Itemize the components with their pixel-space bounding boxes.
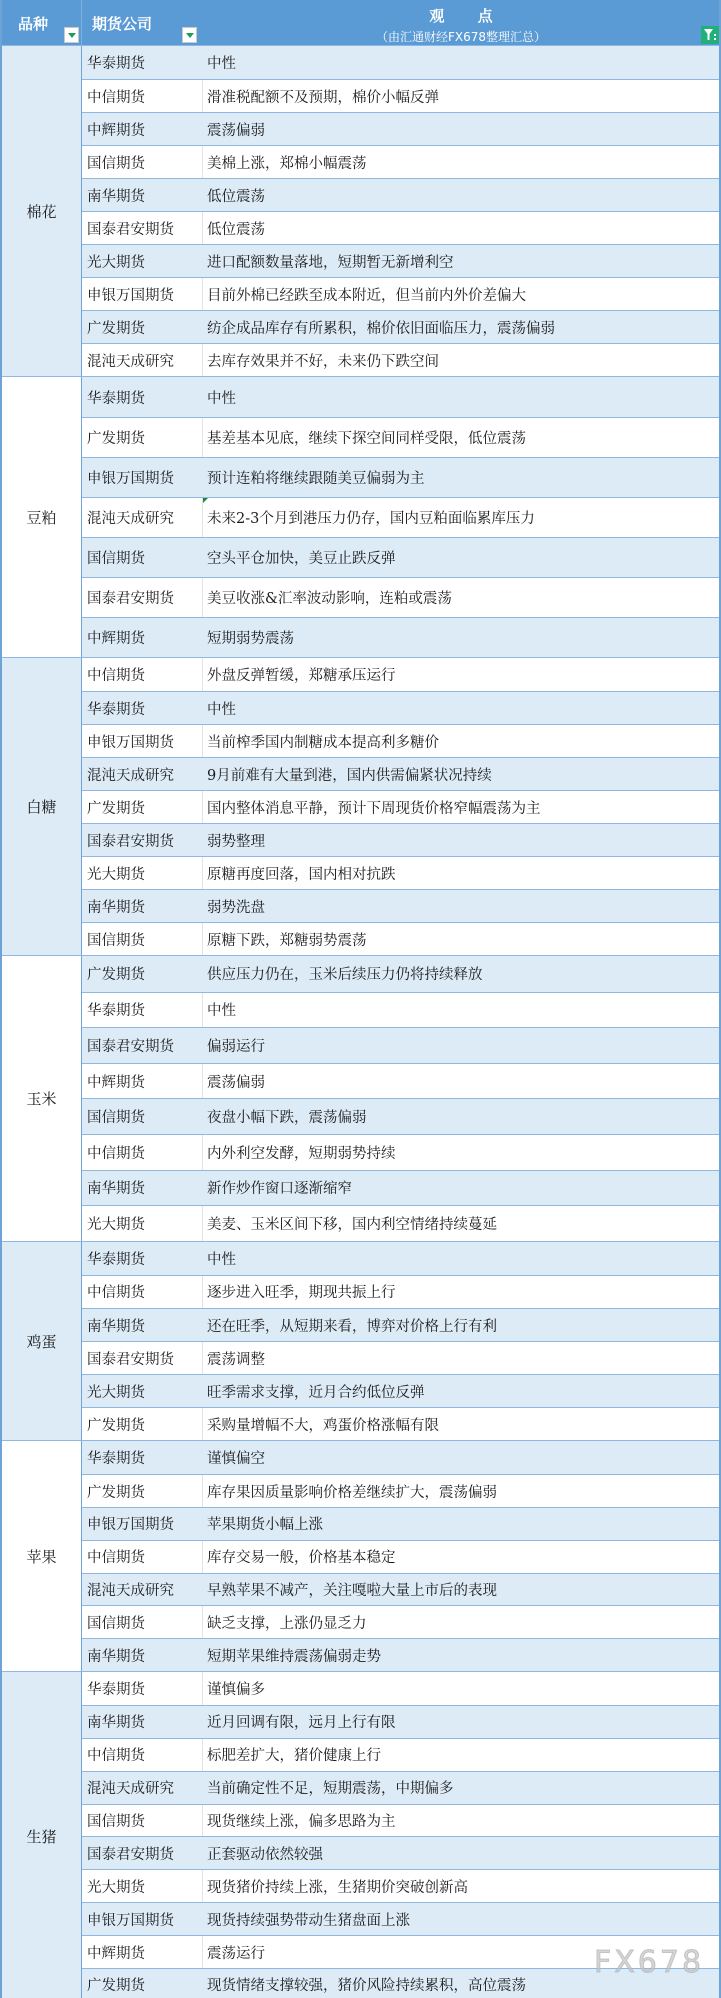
company-cell[interactable]: 国信期货 xyxy=(82,146,203,178)
category-rows: 华泰期货谨慎偏多南华期货近月回调有限，远月上行有限中信期货标肥差扩大，猪价健康上… xyxy=(82,1672,719,1998)
category-rows: 华泰期货谨慎偏空广发期货库存果因质量影响价格差继续扩大，震荡偏弱申银万国期货苹果… xyxy=(82,1441,719,1671)
table-row: 混沌天成研究去库存效果并不好，未来仍下跌空间 xyxy=(82,343,719,376)
view-cell[interactable]: 还在旺季，从短期来看，博弈对价格上行有利 xyxy=(203,1309,719,1341)
company-cell[interactable]: 国信期货 xyxy=(82,923,203,955)
view-text: 逐步进入旺季，期现共振上行 xyxy=(207,1281,396,1302)
table-row: 华泰期货中性 xyxy=(82,691,719,724)
table-row: 申银万国期货现货持续强势带动生猪盘面上涨 xyxy=(82,1902,719,1935)
company-cell[interactable]: 混沌天成研究 xyxy=(82,1574,203,1606)
company-cell[interactable]: 中信期货 xyxy=(82,80,203,112)
view-cell[interactable]: 弱势整理 xyxy=(203,824,719,856)
table-row: 国信期货原糖下跌，郑糖弱势震荡 xyxy=(82,922,719,955)
table-row: 广发期货现货情绪支撑较强，猪价风险持续累积，高位震荡 xyxy=(82,1968,719,1998)
view-cell[interactable]: 纺企成品库存有所累积，棉价依旧面临压力，震荡偏弱 xyxy=(203,311,719,343)
company-cell[interactable]: 国泰君安期货 xyxy=(82,1028,203,1063)
category-rows: 广发期货供应压力仍在，玉米后续压力仍将持续释放华泰期货中性国泰君安期货偏弱运行中… xyxy=(82,956,719,1241)
view-text: 低位震荡 xyxy=(207,218,265,239)
view-cell[interactable]: 去库存效果并不好，未来仍下跌空间 xyxy=(203,344,719,376)
view-cell[interactable]: 当前确定性不足，短期震荡，中期偏多 xyxy=(203,1772,719,1804)
table-row: 中辉期货震荡偏弱 xyxy=(82,112,719,145)
company-cell[interactable]: 国信期货 xyxy=(82,1805,203,1837)
table-row: 南华期货近月回调有限，远月上行有限 xyxy=(82,1705,719,1738)
view-cell[interactable]: 内外利空发酵，短期弱势持续 xyxy=(203,1135,719,1170)
view-text: 美麦、玉米区间下移，国内利空情绪持续蔓延 xyxy=(207,1213,497,1234)
category-cell[interactable]: 棉花 xyxy=(2,46,82,376)
company-cell[interactable]: 中信期货 xyxy=(82,1541,203,1573)
view-text: 中性 xyxy=(207,1248,236,1269)
view-cell[interactable]: 美豆收涨&汇率波动影响，连粕或震荡 xyxy=(203,578,719,617)
header-company-label: 期货公司 xyxy=(92,13,152,34)
table-row: 南华期货还在旺季，从短期来看，博弈对价格上行有利 xyxy=(82,1308,719,1341)
view-text: 震荡偏弱 xyxy=(207,119,265,140)
view-text: 内外利空发酵，短期弱势持续 xyxy=(207,1142,396,1163)
company-cell[interactable]: 光大期货 xyxy=(82,1375,203,1407)
view-cell[interactable]: 当前榨季国内制糖成本提高利多糖价 xyxy=(203,725,719,757)
company-cell[interactable]: 光大期货 xyxy=(82,1206,203,1241)
table-row: 申银万国期货目前外棉已经跌至成本附近，但当前内外价差偏大 xyxy=(82,277,719,310)
view-cell[interactable]: 正套驱动依然较强 xyxy=(203,1837,719,1869)
view-cell[interactable]: 基差基本见底，继续下探空间同样受限，低位震荡 xyxy=(203,418,719,457)
company-cell[interactable]: 广发期货 xyxy=(82,418,203,457)
view-cell[interactable]: 缺乏支撑，上涨仍显乏力 xyxy=(203,1606,719,1638)
view-cell[interactable]: 进口配额数量落地，短期暂无新增利空 xyxy=(203,245,719,277)
company-cell[interactable]: 混沌天成研究 xyxy=(82,1772,203,1804)
view-cell[interactable]: 偏弱运行 xyxy=(203,1028,719,1063)
view-cell[interactable]: 美麦、玉米区间下移，国内利空情绪持续蔓延 xyxy=(203,1206,719,1241)
view-cell[interactable]: 近月回调有限，远月上行有限 xyxy=(203,1706,719,1738)
table-row: 广发期货采购量增幅不大，鸡蛋价格涨幅有限 xyxy=(82,1407,719,1440)
table-row: 申银万国期货当前榨季国内制糖成本提高利多糖价 xyxy=(82,724,719,757)
view-cell[interactable]: 中性 xyxy=(203,377,719,417)
view-text: 现货情绪支撑较强，猪价风险持续累积，高位震荡 xyxy=(207,1974,526,1995)
company-cell[interactable]: 中信期货 xyxy=(82,658,203,691)
active-filter-icon[interactable] xyxy=(701,26,719,44)
table-row: 广发期货供应压力仍在，玉米后续压力仍将持续释放 xyxy=(82,956,719,992)
company-cell[interactable]: 南华期货 xyxy=(82,179,203,211)
view-text: 国内整体消息平静，预计下周现货价格窄幅震荡为主 xyxy=(207,797,541,818)
view-text: 现货继续上涨，偏多思路为主 xyxy=(207,1810,396,1831)
company-cell[interactable]: 混沌天成研究 xyxy=(82,344,203,376)
company-cell[interactable]: 光大期货 xyxy=(82,1870,203,1902)
company-cell[interactable]: 申银万国期货 xyxy=(82,278,203,310)
view-text: 未来2-3个月到港压力仍存，国内豆粕面临累库压力 xyxy=(207,507,535,528)
view-cell[interactable]: 夜盘小幅下跌，震荡偏弱 xyxy=(203,1099,719,1134)
view-text: 旺季需求支撑，近月合约低位反弹 xyxy=(207,1381,425,1402)
company-cell[interactable]: 申银万国期货 xyxy=(82,1903,203,1935)
table-header: 品种 期货公司 观 点 （由汇通财经FX678整理汇总） xyxy=(2,0,719,45)
table-row: 混沌天成研究未来2-3个月到港压力仍存，国内豆粕面临累库压力 xyxy=(82,497,719,537)
table-row: 光大期货现货猪价持续上涨，生猪期价突破创新高 xyxy=(82,1869,719,1902)
company-cell[interactable]: 广发期货 xyxy=(82,1408,203,1440)
category-cell[interactable]: 豆粕 xyxy=(2,377,82,657)
table-row: 申银万国期货苹果期货小幅上涨 xyxy=(82,1507,719,1540)
view-text: 低位震荡 xyxy=(207,185,265,206)
view-cell[interactable]: 现货持续强势带动生猪盘面上涨 xyxy=(203,1903,719,1935)
view-text: 纺企成品库存有所累积，棉价依旧面临压力，震荡偏弱 xyxy=(207,317,555,338)
company-cell[interactable]: 南华期货 xyxy=(82,1171,203,1206)
category-cell[interactable]: 白糖 xyxy=(2,658,82,955)
company-cell[interactable]: 申银万国期货 xyxy=(82,1508,203,1540)
view-cell[interactable]: 短期弱势震荡 xyxy=(203,618,719,657)
table-row: 南华期货弱势洗盘 xyxy=(82,889,719,922)
view-cell[interactable]: 原糖再度回落，国内相对抗跌 xyxy=(203,857,719,889)
table-row: 国信期货空头平仓加快，美豆止跌反弹 xyxy=(82,537,719,577)
table-row: 混沌天成研究当前确定性不足，短期震荡，中期偏多 xyxy=(82,1771,719,1804)
view-cell[interactable]: 中性 xyxy=(203,1242,719,1275)
company-cell[interactable]: 国信期货 xyxy=(82,538,203,577)
view-text: 美棉上涨，郑棉小幅震荡 xyxy=(207,152,367,173)
header-category-label: 品种 xyxy=(18,13,48,34)
view-cell[interactable]: 中性 xyxy=(203,993,719,1028)
view-cell[interactable]: 目前外棉已经跌至成本附近，但当前内外价差偏大 xyxy=(203,278,719,310)
view-text: 偏弱运行 xyxy=(207,1035,265,1056)
view-cell[interactable]: 中性 xyxy=(203,692,719,724)
view-cell[interactable]: 震荡调整 xyxy=(203,1342,719,1374)
table-row: 国泰君安期货偏弱运行 xyxy=(82,1027,719,1063)
category-rows: 华泰期货中性中信期货逐步进入旺季，期现共振上行南华期货还在旺季，从短期来看，博弈… xyxy=(82,1242,719,1441)
view-text: 弱势整理 xyxy=(207,830,265,851)
company-filter-dropdown-icon[interactable] xyxy=(182,27,197,43)
table-row: 广发期货国内整体消息平静，预计下周现货价格窄幅震荡为主 xyxy=(82,790,719,823)
view-cell[interactable]: 供应压力仍在，玉米后续压力仍将持续释放 xyxy=(203,956,719,992)
view-text: 库存果因质量影响价格差继续扩大，震荡偏弱 xyxy=(207,1481,497,1502)
view-cell[interactable]: 标肥差扩大，猪价健康上行 xyxy=(203,1739,719,1771)
view-cell[interactable]: 弱势洗盘 xyxy=(203,890,719,922)
view-text: 震荡调整 xyxy=(207,1348,265,1369)
view-text: 谨慎偏多 xyxy=(207,1678,265,1699)
company-cell[interactable]: 广发期货 xyxy=(82,1969,203,1998)
view-cell[interactable]: 美棉上涨，郑棉小幅震荡 xyxy=(203,146,719,178)
table-row: 华泰期货中性 xyxy=(82,46,719,79)
company-cell[interactable]: 华泰期货 xyxy=(82,46,203,79)
table-row: 混沌天成研究早熟苹果不减产，关注嘎啦大量上市后的表现 xyxy=(82,1573,719,1606)
category-cell[interactable]: 苹果 xyxy=(2,1441,82,1671)
table-row: 华泰期货中性 xyxy=(82,377,719,417)
company-cell[interactable]: 南华期货 xyxy=(82,1639,203,1671)
table-row: 华泰期货中性 xyxy=(82,1242,719,1275)
view-cell[interactable]: 外盘反弹暂缓，郑糖承压运行 xyxy=(203,658,719,691)
view-text: 现货猪价持续上涨，生猪期价突破创新高 xyxy=(207,1876,468,1897)
table-row: 国信期货夜盘小幅下跌，震荡偏弱 xyxy=(82,1098,719,1134)
category-cell[interactable]: 生猪 xyxy=(2,1672,82,1998)
view-text: 近月回调有限，远月上行有限 xyxy=(207,1711,396,1732)
table-row: 中信期货标肥差扩大，猪价健康上行 xyxy=(82,1738,719,1771)
category-group: 豆粕华泰期货中性广发期货基差基本见底，继续下探空间同样受限，低位震荡申银万国期货… xyxy=(2,376,719,657)
company-cell[interactable]: 光大期货 xyxy=(82,245,203,277)
view-text: 供应压力仍在，玉米后续压力仍将持续释放 xyxy=(207,963,483,984)
view-text: 目前外棉已经跌至成本附近，但当前内外价差偏大 xyxy=(207,284,526,305)
view-cell[interactable]: 震荡偏弱 xyxy=(203,113,719,145)
table-row: 华泰期货中性 xyxy=(82,992,719,1028)
view-cell[interactable]: 采购量增幅不大，鸡蛋价格涨幅有限 xyxy=(203,1408,719,1440)
table-row: 华泰期货谨慎偏空 xyxy=(82,1441,719,1474)
company-cell[interactable]: 广发期货 xyxy=(82,311,203,343)
table-row: 国泰君安期货弱势整理 xyxy=(82,823,719,856)
table-row: 光大期货进口配额数量落地，短期暂无新增利空 xyxy=(82,244,719,277)
category-group: 苹果华泰期货谨慎偏空广发期货库存果因质量影响价格差继续扩大，震荡偏弱申银万国期货… xyxy=(2,1440,719,1671)
category-cell[interactable]: 鸡蛋 xyxy=(2,1242,82,1441)
view-cell[interactable]: 早熟苹果不减产，关注嘎啦大量上市后的表现 xyxy=(203,1574,719,1606)
company-cell[interactable]: 华泰期货 xyxy=(82,1242,203,1275)
category-group: 鸡蛋华泰期货中性中信期货逐步进入旺季，期现共振上行南华期货还在旺季，从短期来看，… xyxy=(2,1241,719,1441)
view-text: 外盘反弹暂缓，郑糖承压运行 xyxy=(207,664,396,685)
view-text: 滑准税配额不及预期，棉价小幅反弹 xyxy=(207,86,439,107)
table-row: 南华期货低位震荡 xyxy=(82,178,719,211)
table-row: 广发期货纺企成品库存有所累积，棉价依旧面临压力，震荡偏弱 xyxy=(82,310,719,343)
company-cell[interactable]: 国泰君安期货 xyxy=(82,1342,203,1374)
category-rows: 华泰期货中性中信期货滑准税配额不及预期，棉价小幅反弹中辉期货震荡偏弱国信期货美棉… xyxy=(82,46,719,376)
view-text: 短期弱势震荡 xyxy=(207,627,294,648)
view-cell[interactable]: 震荡偏弱 xyxy=(203,1064,719,1099)
table-row: 国信期货美棉上涨，郑棉小幅震荡 xyxy=(82,145,719,178)
view-cell[interactable]: 短期苹果维持震荡偏弱走势 xyxy=(203,1639,719,1671)
company-cell[interactable]: 混沌天成研究 xyxy=(82,758,203,790)
view-cell[interactable]: 逐步进入旺季，期现共振上行 xyxy=(203,1276,719,1308)
view-text: 短期苹果维持震荡偏弱走势 xyxy=(207,1645,381,1666)
view-cell[interactable]: 中性 xyxy=(203,46,719,79)
view-text: 去库存效果并不好，未来仍下跌空间 xyxy=(207,350,439,371)
view-text: 采购量增幅不大，鸡蛋价格涨幅有限 xyxy=(207,1414,439,1435)
view-cell[interactable]: 旺季需求支撑，近月合约低位反弹 xyxy=(203,1375,719,1407)
view-text: 缺乏支撑，上涨仍显乏力 xyxy=(207,1612,367,1633)
view-text: 当前榨季国内制糖成本提高利多糖价 xyxy=(207,731,439,752)
table-row: 国泰君安期货震荡调整 xyxy=(82,1341,719,1374)
company-cell[interactable]: 中辉期货 xyxy=(82,1936,203,1968)
table-row: 中信期货滑准税配额不及预期，棉价小幅反弹 xyxy=(82,79,719,112)
view-text: 基差基本见底，继续下探空间同样受限，低位震荡 xyxy=(207,427,526,448)
view-cell[interactable]: 现货猪价持续上涨，生猪期价突破创新高 xyxy=(203,1870,719,1902)
view-text: 原糖再度回落，国内相对抗跌 xyxy=(207,863,396,884)
view-text: 中性 xyxy=(207,698,236,719)
view-text: 美豆收涨&汇率波动影响，连粕或震荡 xyxy=(207,587,452,608)
company-cell[interactable]: 申银万国期货 xyxy=(82,725,203,757)
table-row: 申银万国期货预计连粕将继续跟随美豆偏弱为主 xyxy=(82,457,719,497)
company-cell[interactable]: 国泰君安期货 xyxy=(82,1837,203,1869)
view-cell[interactable]: 现货情绪支撑较强，猪价风险持续累积，高位震荡 xyxy=(203,1969,719,1998)
company-cell[interactable]: 国泰君安期货 xyxy=(82,824,203,856)
company-cell[interactable]: 光大期货 xyxy=(82,857,203,889)
table-row: 南华期货短期苹果维持震荡偏弱走势 xyxy=(82,1638,719,1671)
header-company: 期货公司 xyxy=(82,0,203,45)
table-row: 国信期货现货继续上涨，偏多思路为主 xyxy=(82,1804,719,1837)
view-text: 早熟苹果不减产，关注嘎啦大量上市后的表现 xyxy=(207,1579,497,1600)
view-cell[interactable]: 现货继续上涨，偏多思路为主 xyxy=(203,1805,719,1837)
view-cell[interactable]: 滑准税配额不及预期，棉价小幅反弹 xyxy=(203,80,719,112)
company-cell[interactable]: 南华期货 xyxy=(82,1706,203,1738)
view-cell[interactable]: 苹果期货小幅上涨 xyxy=(203,1508,719,1540)
table-row: 混沌天成研究9月前难有大量到港，国内供需偏紧状况持续 xyxy=(82,757,719,790)
view-text: 9月前难有大量到港，国内供需偏紧状况持续 xyxy=(207,764,492,785)
header-view-subtitle: （由汇通财经FX678整理汇总） xyxy=(203,28,719,45)
table-row: 中信期货库存交易一般，价格基本稳定 xyxy=(82,1540,719,1573)
table-row: 中辉期货短期弱势震荡 xyxy=(82,617,719,657)
company-cell[interactable]: 混沌天成研究 xyxy=(82,498,203,537)
table-row: 中信期货外盘反弹暂缓，郑糖承压运行 xyxy=(82,658,719,691)
view-cell[interactable]: 国内整体消息平静，预计下周现货价格窄幅震荡为主 xyxy=(203,791,719,823)
view-text: 弱势洗盘 xyxy=(207,896,265,917)
view-text: 新作炒作窗口逐渐缩窄 xyxy=(207,1177,352,1198)
table-row: 光大期货美麦、玉米区间下移，国内利空情绪持续蔓延 xyxy=(82,1205,719,1241)
company-cell[interactable]: 广发期货 xyxy=(82,791,203,823)
view-cell[interactable]: 库存交易一般，价格基本稳定 xyxy=(203,1541,719,1573)
view-text: 预计连粕将继续跟随美豆偏弱为主 xyxy=(207,467,425,488)
view-cell[interactable]: 低位震荡 xyxy=(203,212,719,244)
view-cell[interactable]: 未来2-3个月到港压力仍存，国内豆粕面临累库压力 xyxy=(203,498,719,537)
view-text: 中性 xyxy=(207,387,236,408)
view-cell[interactable]: 预计连粕将继续跟随美豆偏弱为主 xyxy=(203,458,719,497)
view-text: 还在旺季，从短期来看，博弈对价格上行有利 xyxy=(207,1315,497,1336)
company-cell[interactable]: 国泰君安期货 xyxy=(82,212,203,244)
table-row: 中辉期货震荡运行 xyxy=(82,1935,719,1968)
view-cell[interactable]: 震荡运行 xyxy=(203,1936,719,1968)
view-cell[interactable]: 空头平仓加快，美豆止跌反弹 xyxy=(203,538,719,577)
table-row: 广发期货基差基本见底，继续下探空间同样受限，低位震荡 xyxy=(82,417,719,457)
view-cell[interactable]: 新作炒作窗口逐渐缩窄 xyxy=(203,1171,719,1206)
view-text: 夜盘小幅下跌，震荡偏弱 xyxy=(207,1106,367,1127)
company-cell[interactable]: 华泰期货 xyxy=(82,1672,203,1705)
view-text: 原糖下跌，郑糖弱势震荡 xyxy=(207,929,367,950)
view-text: 正套驱动依然较强 xyxy=(207,1843,323,1864)
company-cell[interactable]: 中辉期货 xyxy=(82,113,203,145)
company-cell[interactable]: 中辉期货 xyxy=(82,618,203,657)
table-row: 国泰君安期货美豆收涨&汇率波动影响，连粕或震荡 xyxy=(82,577,719,617)
category-group: 棉花华泰期货中性中信期货滑准税配额不及预期，棉价小幅反弹中辉期货震荡偏弱国信期货… xyxy=(2,45,719,376)
company-cell[interactable]: 华泰期货 xyxy=(82,692,203,724)
company-cell[interactable]: 中信期货 xyxy=(82,1739,203,1771)
view-text: 当前确定性不足，短期震荡，中期偏多 xyxy=(207,1777,454,1798)
view-text: 标肥差扩大，猪价健康上行 xyxy=(207,1744,381,1765)
view-cell[interactable]: 低位震荡 xyxy=(203,179,719,211)
header-view: 观 点 （由汇通财经FX678整理汇总） xyxy=(203,0,719,45)
view-text: 震荡运行 xyxy=(207,1942,265,1963)
table-row: 华泰期货谨慎偏多 xyxy=(82,1672,719,1705)
view-text: 现货持续强势带动生猪盘面上涨 xyxy=(207,1909,410,1930)
category-group: 玉米广发期货供应压力仍在，玉米后续压力仍将持续释放华泰期货中性国泰君安期货偏弱运… xyxy=(2,955,719,1241)
view-cell[interactable]: 9月前难有大量到港，国内供需偏紧状况持续 xyxy=(203,758,719,790)
company-cell[interactable]: 中辉期货 xyxy=(82,1064,203,1099)
table-body: 棉花华泰期货中性中信期货滑准税配额不及预期，棉价小幅反弹中辉期货震荡偏弱国信期货… xyxy=(2,45,719,1998)
view-cell[interactable]: 库存果因质量影响价格差继续扩大，震荡偏弱 xyxy=(203,1475,719,1507)
view-text: 中性 xyxy=(207,52,236,73)
header-view-title: 观 点 xyxy=(203,5,719,26)
company-cell[interactable]: 华泰期货 xyxy=(82,993,203,1028)
view-text: 震荡偏弱 xyxy=(207,1071,265,1092)
table-row: 中信期货内外利空发酵，短期弱势持续 xyxy=(82,1134,719,1170)
company-cell[interactable]: 中信期货 xyxy=(82,1276,203,1308)
view-cell[interactable]: 谨慎偏空 xyxy=(203,1441,719,1474)
category-group: 生猪华泰期货谨慎偏多南华期货近月回调有限，远月上行有限中信期货标肥差扩大，猪价健… xyxy=(2,1671,719,1998)
company-cell[interactable]: 中信期货 xyxy=(82,1135,203,1170)
category-rows: 中信期货外盘反弹暂缓，郑糖承压运行华泰期货中性申银万国期货当前榨季国内制糖成本提… xyxy=(82,658,719,955)
table-row: 南华期货新作炒作窗口逐渐缩窄 xyxy=(82,1170,719,1206)
category-cell[interactable]: 玉米 xyxy=(2,956,82,1241)
company-cell[interactable]: 国信期货 xyxy=(82,1099,203,1134)
company-cell[interactable]: 华泰期货 xyxy=(82,377,203,417)
table-row: 光大期货旺季需求支撑，近月合约低位反弹 xyxy=(82,1374,719,1407)
company-cell[interactable]: 南华期货 xyxy=(82,1309,203,1341)
table-row: 中辉期货震荡偏弱 xyxy=(82,1063,719,1099)
table-row: 国泰君安期货正套驱动依然较强 xyxy=(82,1836,719,1869)
company-cell[interactable]: 国信期货 xyxy=(82,1606,203,1638)
table-row: 国泰君安期货低位震荡 xyxy=(82,211,719,244)
category-filter-dropdown-icon[interactable] xyxy=(64,27,79,43)
company-cell[interactable]: 国泰君安期货 xyxy=(82,578,203,617)
view-cell[interactable]: 谨慎偏多 xyxy=(203,1672,719,1705)
view-text: 谨慎偏空 xyxy=(207,1447,265,1468)
company-cell[interactable]: 广发期货 xyxy=(82,1475,203,1507)
table-row: 广发期货库存果因质量影响价格差继续扩大，震荡偏弱 xyxy=(82,1474,719,1507)
table-row: 光大期货原糖再度回落，国内相对抗跌 xyxy=(82,856,719,889)
view-text: 进口配额数量落地，短期暂无新增利空 xyxy=(207,251,454,272)
view-text: 苹果期货小幅上涨 xyxy=(207,1513,323,1534)
company-cell[interactable]: 申银万国期货 xyxy=(82,458,203,497)
company-cell[interactable]: 广发期货 xyxy=(82,956,203,992)
table-row: 中信期货逐步进入旺季，期现共振上行 xyxy=(82,1275,719,1308)
view-cell[interactable]: 原糖下跌，郑糖弱势震荡 xyxy=(203,923,719,955)
view-text: 库存交易一般，价格基本稳定 xyxy=(207,1546,396,1567)
header-category: 品种 xyxy=(2,0,82,45)
cell-comment-indicator-icon[interactable] xyxy=(203,498,208,503)
company-cell[interactable]: 华泰期货 xyxy=(82,1441,203,1474)
table-row: 国信期货缺乏支撑，上涨仍显乏力 xyxy=(82,1605,719,1638)
view-text: 中性 xyxy=(207,999,236,1020)
futures-views-table: 品种 期货公司 观 点 （由汇通财经FX678整理汇总） 棉花华泰期货中性中信期… xyxy=(0,0,721,1998)
category-group: 白糖中信期货外盘反弹暂缓，郑糖承压运行华泰期货中性申银万国期货当前榨季国内制糖成… xyxy=(2,657,719,955)
category-rows: 华泰期货中性广发期货基差基本见底，继续下探空间同样受限，低位震荡申银万国期货预计… xyxy=(82,377,719,657)
company-cell[interactable]: 南华期货 xyxy=(82,890,203,922)
view-text: 空头平仓加快，美豆止跌反弹 xyxy=(207,547,396,568)
